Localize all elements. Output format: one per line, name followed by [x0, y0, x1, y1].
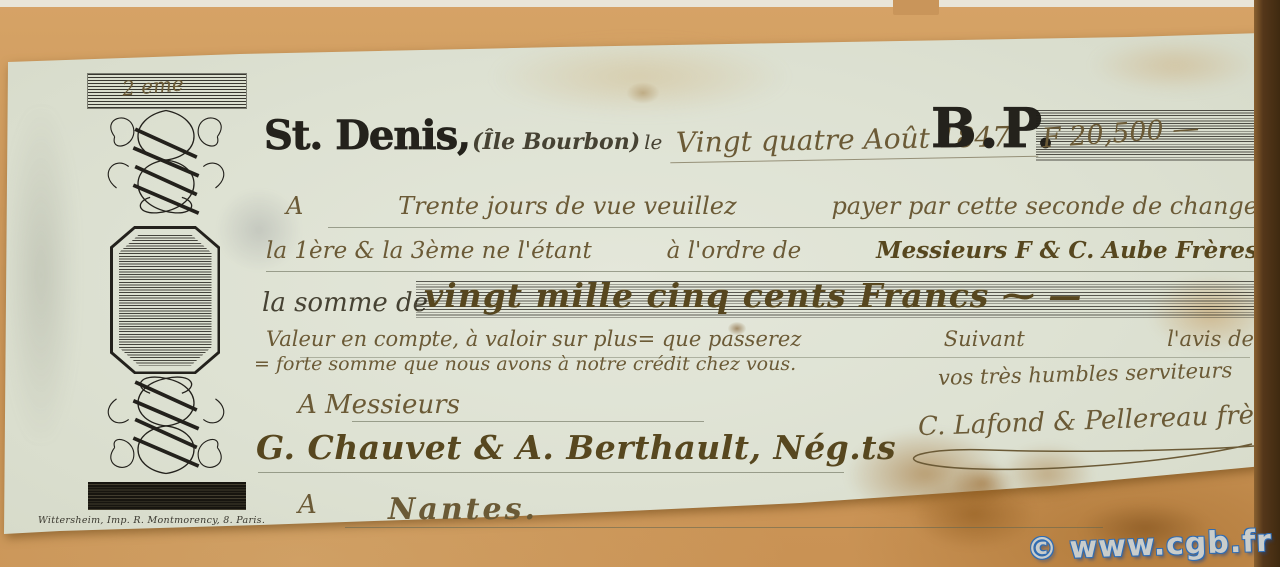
solid-hatch-band	[88, 482, 246, 510]
vignette-octagon-border	[113, 229, 218, 372]
copies-clause: la 1ère & la 3ème ne l'étant	[266, 238, 592, 264]
printer-imprint: Wittersheim, Imp. R. Montmorency, 8. Par…	[38, 515, 265, 526]
messieurs-line: A Messieurs	[298, 390, 460, 420]
amount-in-words: vingt mille cinq cents Francs ⁓ —	[424, 276, 1082, 315]
value-clause-continued: = forte somme que nous avons à notre cré…	[254, 353, 796, 375]
city-name: Nantes.	[388, 492, 538, 527]
article-le: le	[644, 130, 662, 154]
servants-line: vos très humbles serviteurs	[938, 358, 1233, 390]
term-line: A Trente jours de vue veuillez payer par…	[286, 192, 1258, 220]
beneficiary: Messieurs F & C. Aube Frères	[876, 237, 1258, 264]
form-rule	[258, 472, 844, 473]
value-clause: Valeur en compte, à valoir sur plus= que…	[266, 327, 801, 351]
vignette-octagon	[110, 226, 220, 374]
handwritten-a: A	[286, 192, 303, 220]
order-clause: à l'ordre de	[667, 238, 802, 264]
guilloche-flourish-top	[96, 106, 236, 228]
place-name: St. Denis,	[264, 112, 470, 159]
scan-right-edge	[1254, 0, 1280, 567]
signature-flourish	[900, 436, 1260, 474]
form-rule	[352, 421, 704, 422]
guilloche-flourish-bottom	[96, 370, 236, 480]
scanned-bill-of-exchange: 2 eme Wittershei	[0, 0, 1280, 567]
amount-box: F 20,500 —	[1036, 110, 1258, 162]
form-rule	[328, 227, 1258, 228]
form-rule	[345, 527, 1103, 528]
payer-clause: payer par cette seconde de change	[831, 192, 1258, 220]
amount-figures: F 20,500 —	[1041, 113, 1200, 155]
form-rule	[266, 271, 1258, 272]
city-a: A	[298, 490, 317, 520]
sum-label: la somme de	[262, 288, 428, 318]
term-of-payment: Trente jours de vue veuillez	[398, 192, 737, 220]
drawee-line: G. Chauvet & A. Berthault, Nég.ts	[256, 428, 896, 467]
suivant-label: Suivant	[944, 327, 1025, 351]
island-name: (Île Bourbon)	[472, 129, 640, 155]
heading-line: St. Denis, (Île Bourbon) le Vingt quatre…	[264, 112, 1038, 160]
avis-label: l'avis de	[1167, 327, 1254, 351]
copies-line: la 1ère & la 3ème ne l'étant à l'ordre d…	[266, 237, 1258, 264]
value-line: Valeur en compte, à valoir sur plus= que…	[266, 327, 1254, 351]
vignette-octagon-hatch	[119, 235, 212, 366]
